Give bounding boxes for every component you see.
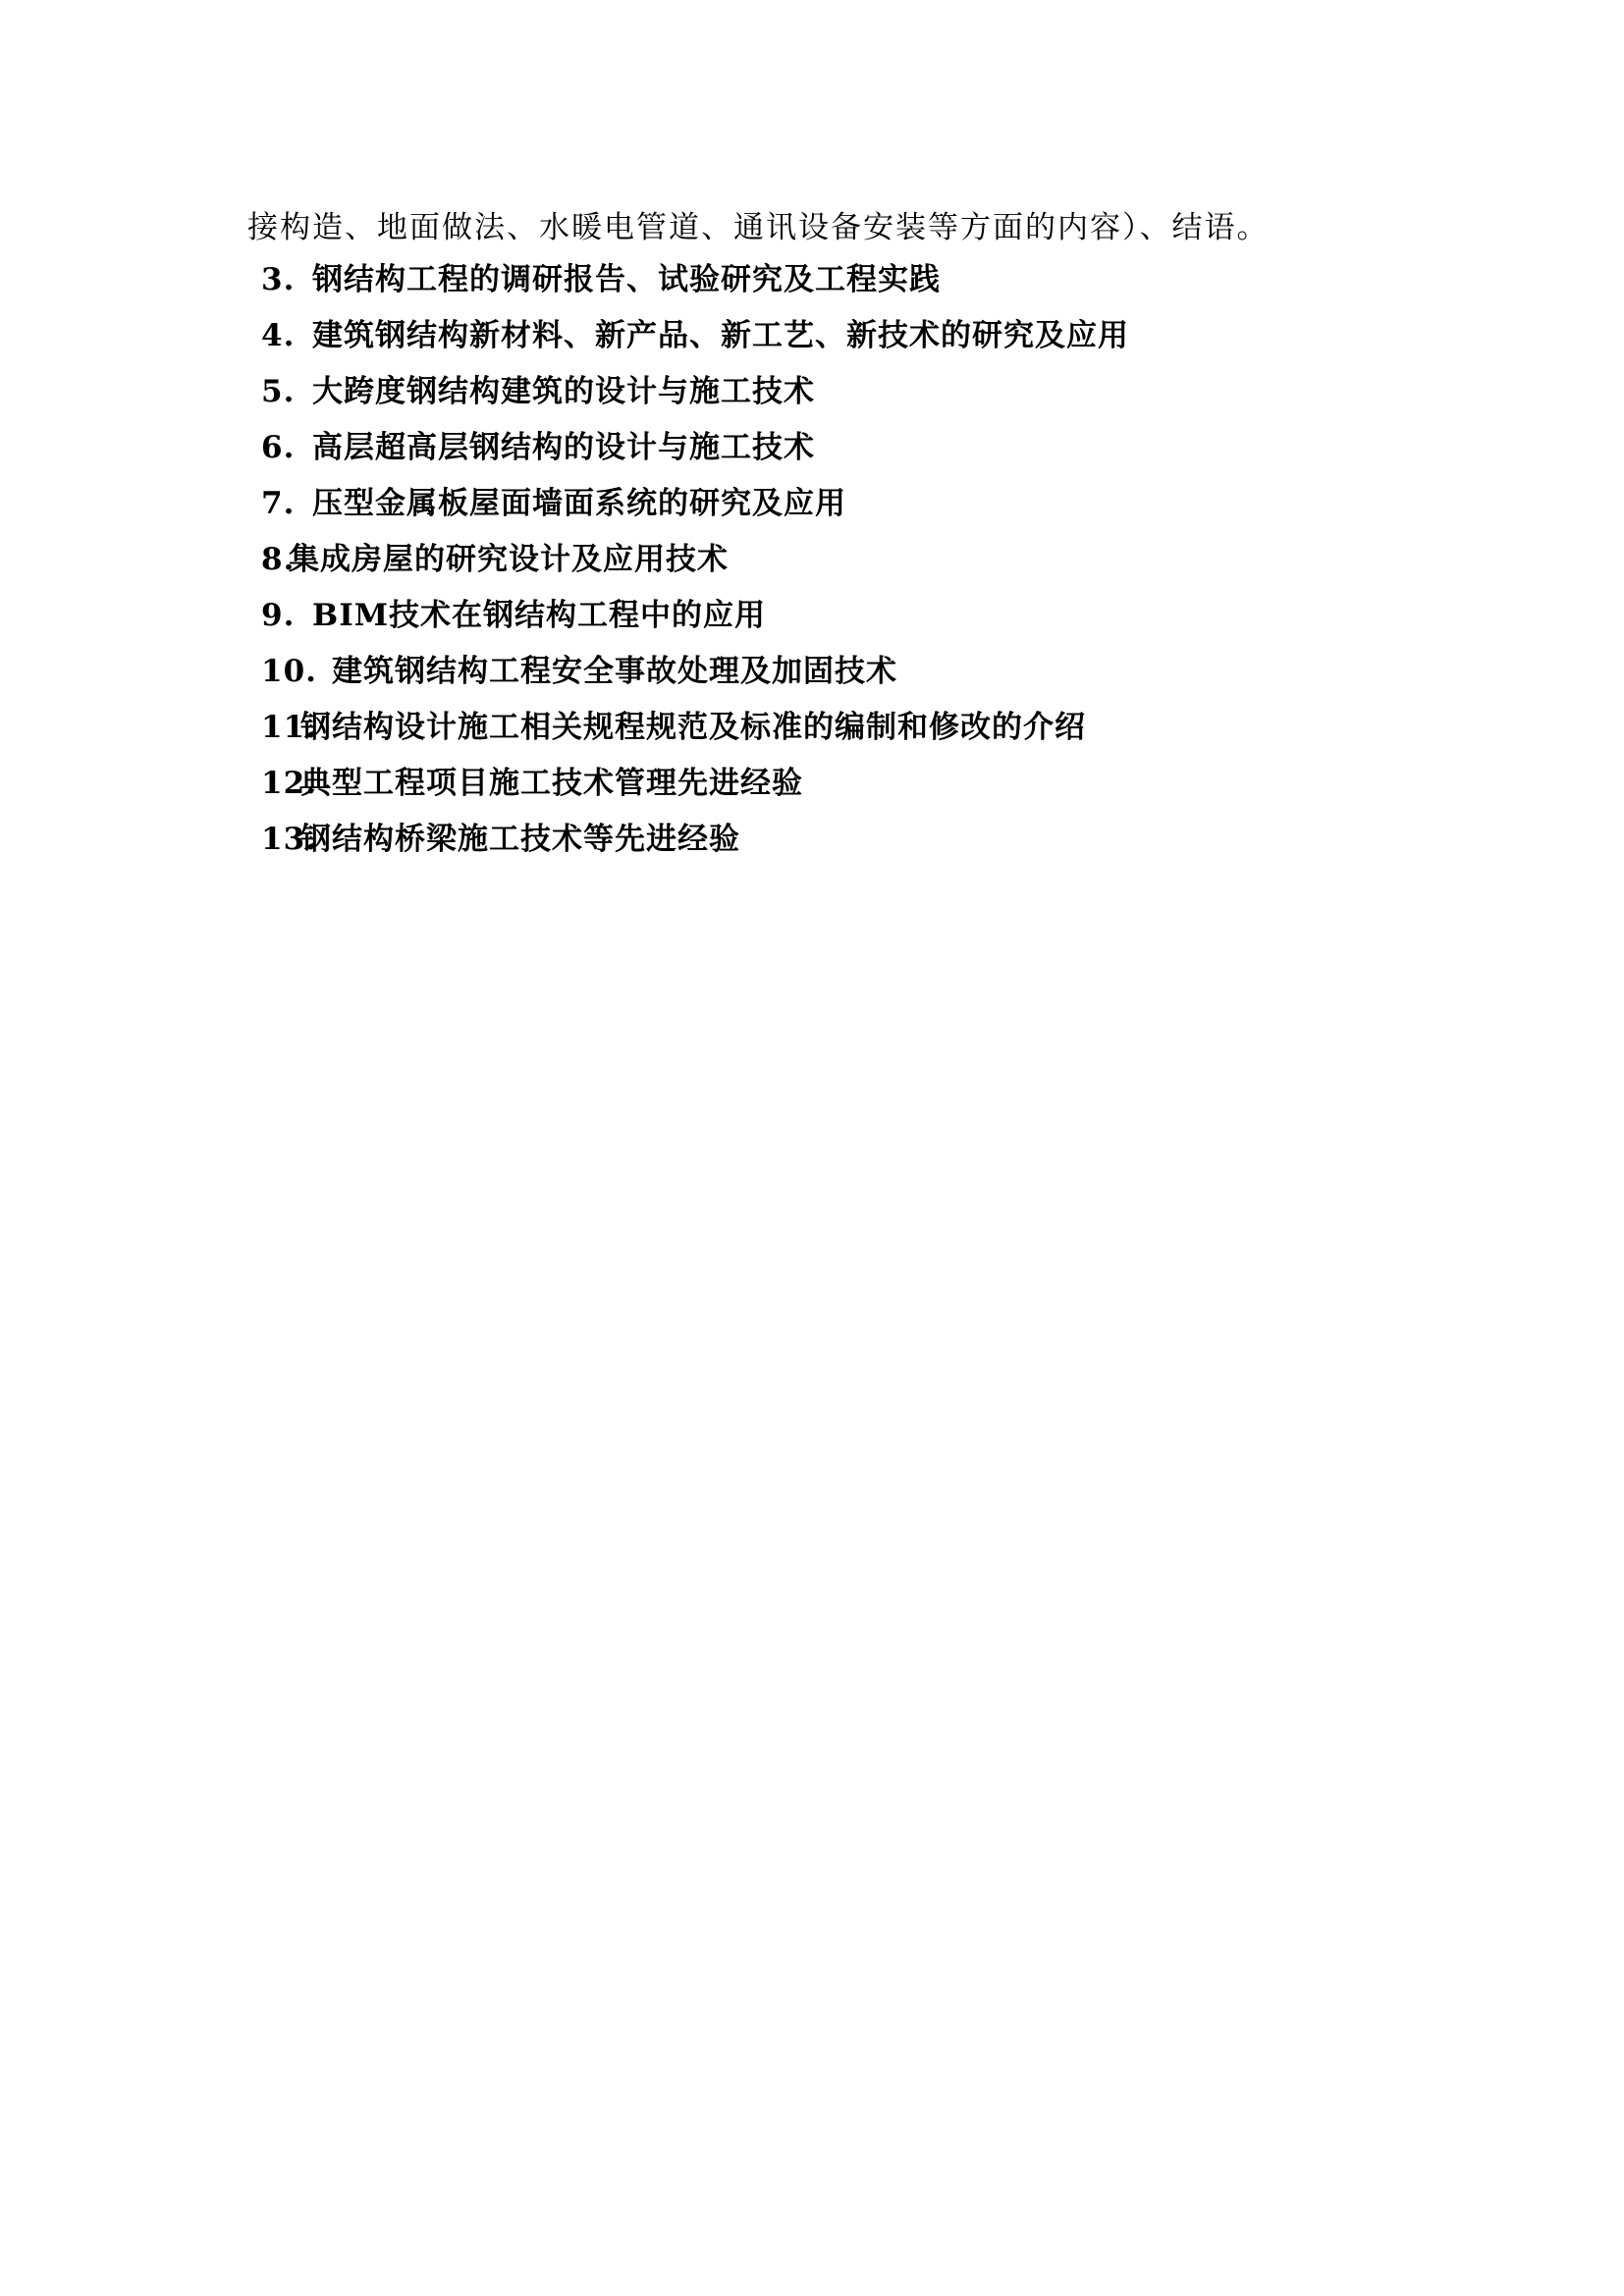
list-item: 4.建筑钢结构新材料、新产品、新工艺、新技术的研究及应用: [261, 316, 1129, 355]
document-page: 接构造、地面做法、水暖电管道、通讯设备安装等方面的内容）、结语。 3.钢结构工程…: [0, 0, 1624, 2296]
item-text: BIM技术在钢结构工程中的应用: [312, 598, 766, 633]
item-number: 4.: [261, 316, 312, 355]
continuation-line: 接构造、地面做法、水暖电管道、通讯设备安装等方面的内容）、结语。: [247, 208, 1270, 247]
item-text: 高层超高层钢结构的设计与施工技术: [312, 430, 815, 465]
item-text: 钢结构桥梁施工技术等先进经验: [300, 822, 740, 857]
item-number: 9.: [261, 596, 312, 635]
item-text: 大跨度钢结构建筑的设计与施工技术: [312, 374, 815, 409]
list-item: 11.钢结构设计施工相关规程规范及标准的编制和修改的介绍: [261, 708, 1086, 747]
list-item: 7.压型金属板屋面墙面系统的研究及应用: [261, 484, 846, 523]
list-item: 13.钢结构桥梁施工技术等先进经验: [261, 820, 740, 859]
item-text: 建筑钢结构新材料、新产品、新工艺、新技术的研究及应用: [312, 318, 1129, 353]
item-number: 10.: [261, 652, 332, 691]
item-text: 建筑钢结构工程安全事故处理及加固技术: [332, 654, 897, 689]
item-number: 6.: [261, 428, 312, 467]
item-text: 钢结构工程的调研报告、试验研究及工程实践: [312, 262, 941, 297]
item-number: 8.: [261, 540, 289, 579]
item-text: 钢结构设计施工相关规程规范及标准的编制和修改的介绍: [300, 710, 1086, 745]
list-item: 9.BIM技术在钢结构工程中的应用: [261, 596, 766, 635]
item-number: 13.: [261, 820, 300, 859]
list-item: 5.大跨度钢结构建筑的设计与施工技术: [261, 372, 815, 411]
item-text: 压型金属板屋面墙面系统的研究及应用: [312, 486, 846, 521]
list-item: 10.建筑钢结构工程安全事故处理及加固技术: [261, 652, 897, 691]
list-item: 12.典型工程项目施工技术管理先进经验: [261, 764, 803, 803]
item-text: 集成房屋的研究设计及应用技术: [289, 542, 729, 577]
list-item: 8.集成房屋的研究设计及应用技术: [261, 540, 729, 579]
item-number: 7.: [261, 484, 312, 523]
item-number: 3.: [261, 260, 312, 299]
list-item: 6.高层超高层钢结构的设计与施工技术: [261, 428, 815, 467]
item-number: 5.: [261, 372, 312, 411]
list-item: 3.钢结构工程的调研报告、试验研究及工程实践: [261, 260, 941, 299]
item-number: 12.: [261, 764, 300, 803]
item-text: 典型工程项目施工技术管理先进经验: [300, 766, 803, 801]
item-number: 11.: [261, 708, 300, 747]
